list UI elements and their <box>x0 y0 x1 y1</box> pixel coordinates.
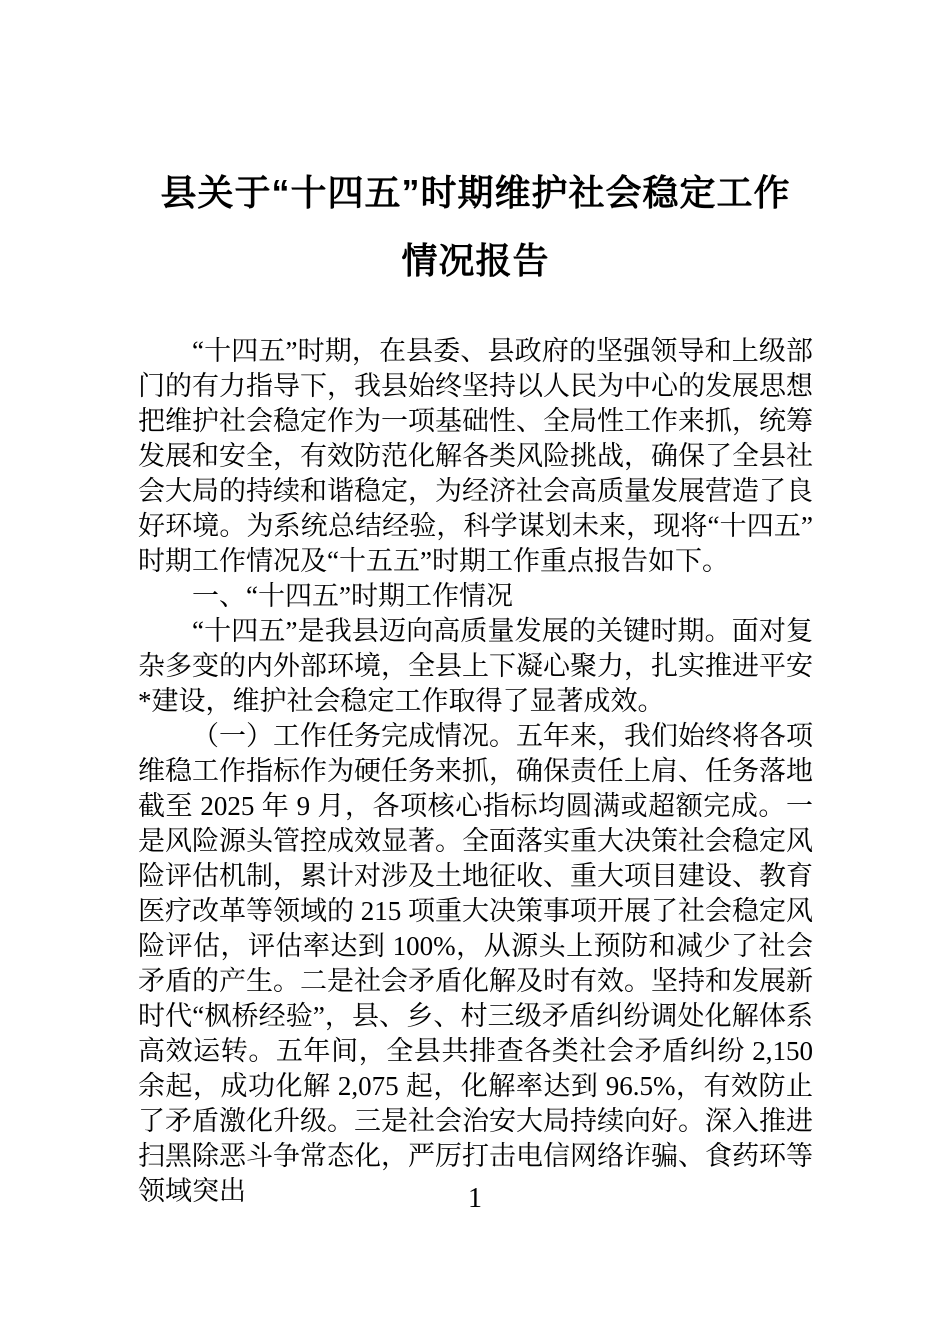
paragraph-task-completion: （一）工作任务完成情况。五年来，我们始终将各项维稳工作指标作为硬任务来抓，确保责… <box>138 719 813 1209</box>
page-number: 1 <box>0 1185 950 1213</box>
document-title-line-1: 县关于“十四五”时期维护社会稳定工作 <box>138 159 813 227</box>
document-title: 县关于“十四五”时期维护社会稳定工作 情况报告 <box>138 159 813 295</box>
section-heading-part-one: 一、“十四五”时期工作情况 <box>138 579 813 614</box>
document-page: 县关于“十四五”时期维护社会稳定工作 情况报告 “十四五”时期，在县委、县政府的… <box>0 0 950 1344</box>
paragraph-period-overview: “十四五”是我县迈向高质量发展的关键时期。面对复杂多变的内外部环境，全县上下凝心… <box>138 614 813 719</box>
document-body: “十四五”时期，在县委、县政府的坚强领导和上级部门的有力指导下，我县始终坚持以人… <box>138 334 813 1209</box>
document-title-line-2: 情况报告 <box>138 227 813 295</box>
paragraph-intro: “十四五”时期，在县委、县政府的坚强领导和上级部门的有力指导下，我县始终坚持以人… <box>138 334 813 579</box>
